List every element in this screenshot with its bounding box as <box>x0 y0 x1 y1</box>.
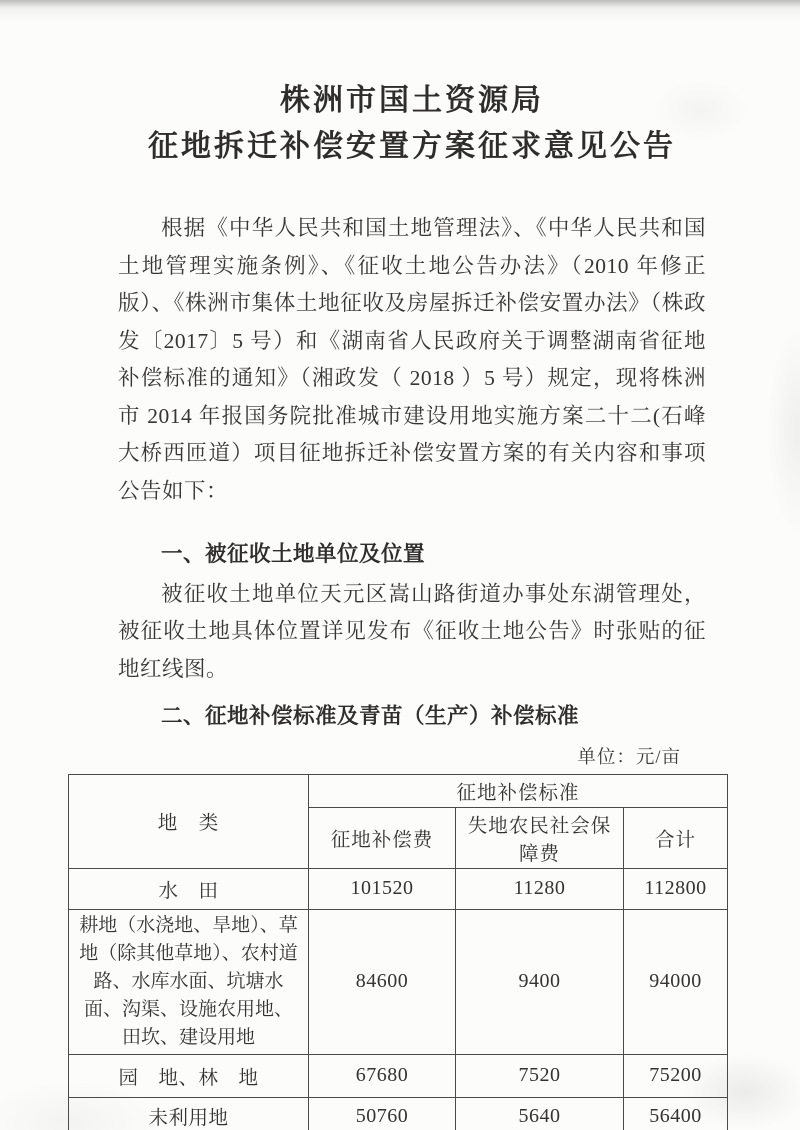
cell-land-type: 未利用地 <box>69 1097 309 1130</box>
cell-land-type: 水 田 <box>69 868 309 909</box>
title-line-1: 株洲市国土资源局 <box>118 78 706 124</box>
section1-paragraph: 被征收土地单位天元区嵩山路街道办事处东湖管理处，被征收土地具体位置详见发布《征收… <box>118 576 706 689</box>
table-header-row-1: 地 类 征地补偿标准 <box>69 774 728 807</box>
header-total: 合计 <box>624 807 728 868</box>
cell-social: 5640 <box>456 1097 624 1130</box>
header-social-security: 失地农民社会保障费 <box>456 807 624 868</box>
cell-total: 112800 <box>624 868 728 909</box>
cell-fee: 50760 <box>309 1097 456 1130</box>
compensation-table: 地 类 征地补偿标准 征地补偿费 失地农民社会保障费 合计 水 田 101520… <box>68 774 728 1130</box>
cell-land-type: 耕地（水浇地、旱地）、草地（除其他草地）、农村道路、水库水面、坑塘水面、沟渠、设… <box>69 909 309 1054</box>
cell-total: 94000 <box>624 909 728 1054</box>
header-compensation-group: 征地补偿标准 <box>309 774 728 807</box>
unit-label: 单位：元/亩 <box>68 746 727 770</box>
document-page: 株洲市国土资源局 征地拆迁补偿安置方案征求意见公告 根据《中华人民共和国土地管理… <box>0 0 800 1130</box>
header-fee: 征地补偿费 <box>309 807 456 868</box>
header-land-type: 地 类 <box>69 774 309 868</box>
document-body: 根据《中华人民共和国土地管理法》、《中华人民共和国土地管理实施条例》、《征收土地… <box>118 210 706 736</box>
cell-fee: 84600 <box>309 909 456 1054</box>
cell-social: 9400 <box>456 909 624 1054</box>
cell-land-type: 园 地、林 地 <box>69 1054 309 1097</box>
section1-heading: 一、被征收土地单位及位置 <box>118 536 706 574</box>
cell-fee: 101520 <box>309 868 456 909</box>
cell-total: 75200 <box>624 1054 728 1097</box>
title-line-2: 征地拆迁补偿安置方案征求意见公告 <box>118 124 706 170</box>
cell-fee: 67680 <box>309 1054 456 1097</box>
intro-paragraph: 根据《中华人民共和国土地管理法》、《中华人民共和国土地管理实施条例》、《征收土地… <box>118 210 706 510</box>
table-row-garden-forest: 园 地、林 地 67680 7520 75200 <box>69 1054 728 1097</box>
table-row-paddy-field: 水 田 101520 11280 112800 <box>69 868 728 909</box>
section2-heading: 二、征地补偿标准及青苗（生产）补偿标准 <box>118 698 706 736</box>
cell-social: 7520 <box>456 1054 624 1097</box>
table-row-unused-land: 未利用地 50760 5640 56400 <box>69 1097 728 1130</box>
table-area: 单位：元/亩 地 类 征地补偿标准 征地补偿费 失地农民社会保障费 合计 水 田 <box>68 746 727 1130</box>
document-title: 株洲市国土资源局 征地拆迁补偿安置方案征求意见公告 <box>118 78 706 170</box>
cell-social: 11280 <box>456 868 624 909</box>
cell-total: 56400 <box>624 1097 728 1130</box>
table-row-cultivated-land: 耕地（水浇地、旱地）、草地（除其他草地）、农村道路、水库水面、坑塘水面、沟渠、设… <box>69 909 728 1054</box>
